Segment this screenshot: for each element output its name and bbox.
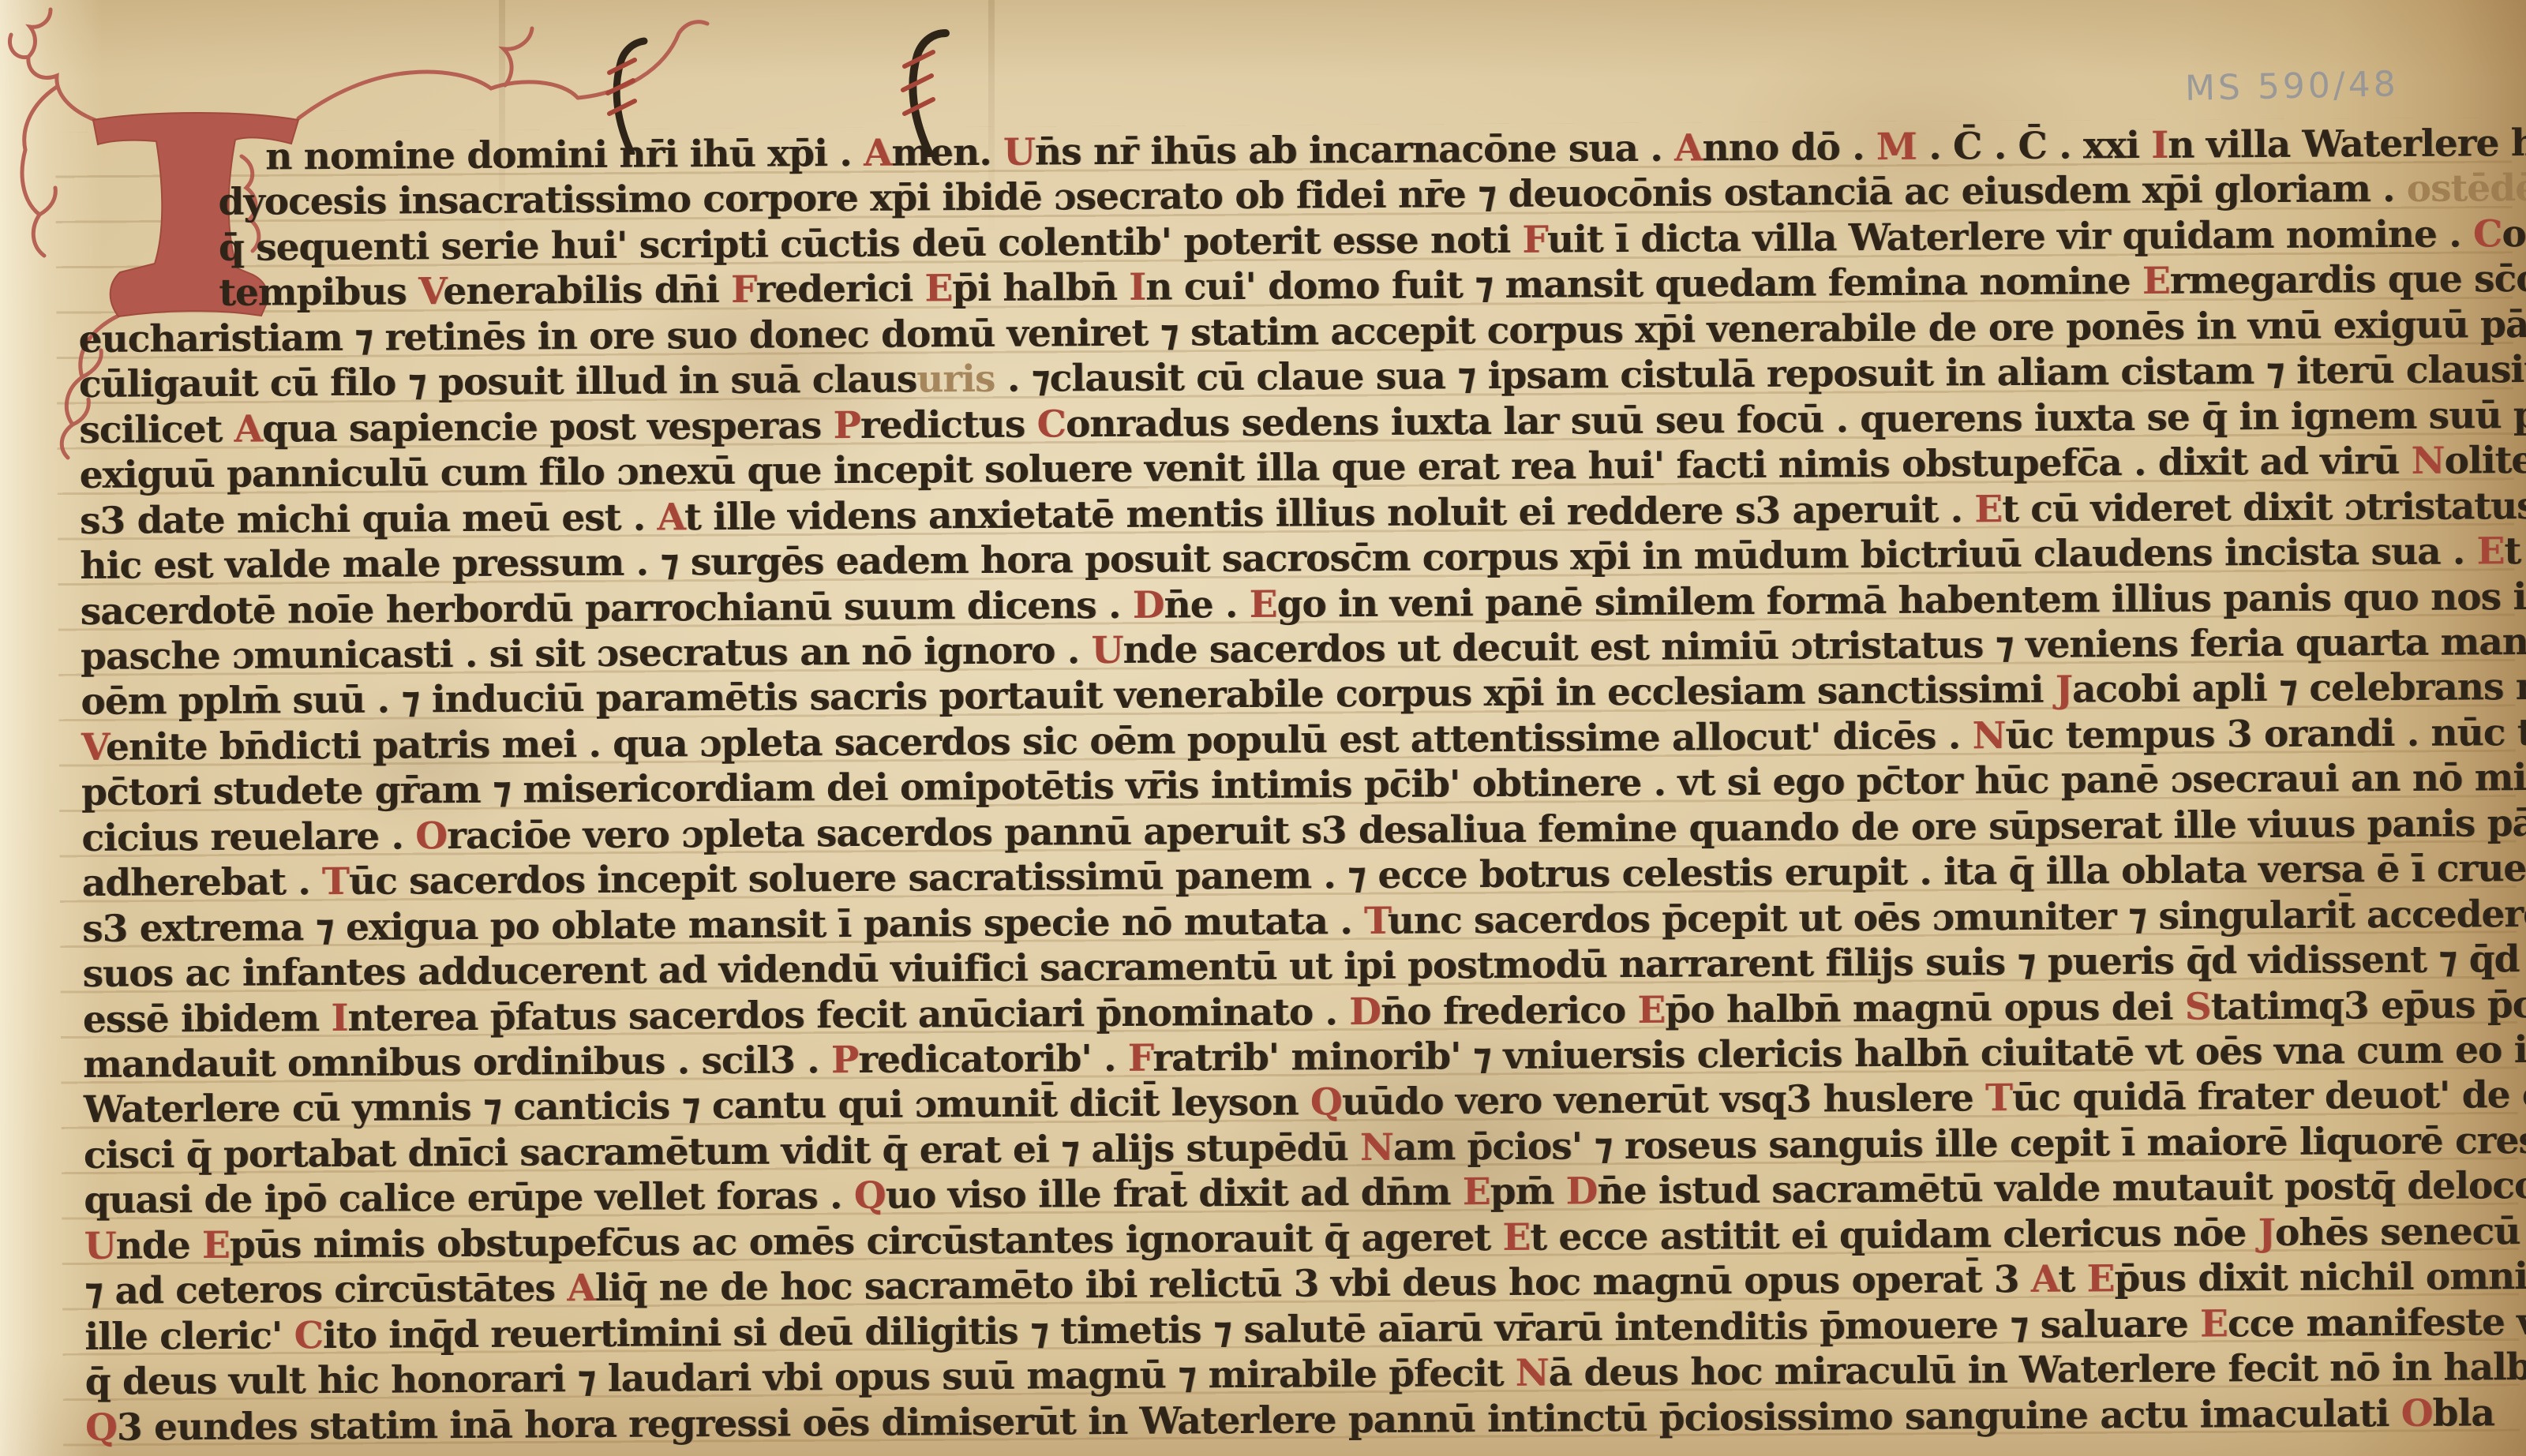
text-segment: qua sapiencie post vesperas xyxy=(262,404,834,451)
rubricated-capital: A xyxy=(1674,126,1703,170)
text-segment: ūc quidā frater deuot' de ordine sc̄i fr… xyxy=(2012,1072,2526,1120)
rubricated-capital: U xyxy=(84,1225,115,1268)
parchment-page: MS 590/48 n nomine domini nr̄i i xyxy=(0,0,2526,1456)
text-segment: ⁊ ad ceteros circūstātes xyxy=(84,1267,568,1313)
rubricated-capital: A xyxy=(567,1267,595,1310)
rubricated-capital: C xyxy=(2473,212,2502,256)
rubricated-capital: E xyxy=(202,1224,230,1267)
text-segment: ille cleric' xyxy=(84,1314,294,1359)
text-segment: onradus sedens iuxta lar suū seu focū . … xyxy=(1066,393,2526,446)
rubricated-capital: E xyxy=(924,268,952,311)
rubricated-capital: E xyxy=(1463,1170,1490,1214)
text-segment: p̄i halbn̄ xyxy=(952,266,1129,310)
text-segment: pūs nimis obstupefc̄us ac omēs circūstan… xyxy=(230,1216,1503,1267)
text-segment: quasi de ipō calice erūpe vellet foras . xyxy=(84,1174,854,1222)
text-segment: s3 date michi quia meū est . xyxy=(80,496,658,542)
text-segment: adherebat . xyxy=(82,860,323,905)
text-segment: cūligauit cū filo ⁊ posuit illud in suā … xyxy=(79,358,917,406)
text-segment: t cū videret dixit ɔtristatus xyxy=(2002,484,2526,530)
rubricated-capital: I xyxy=(2151,124,2168,167)
rubricated-capital: U xyxy=(1003,131,1035,174)
text-segment: go in veni panē similem formā habentem i… xyxy=(1276,575,2526,627)
rubricated-capital: A xyxy=(657,496,684,539)
rubricated-capital: T xyxy=(1364,900,1388,943)
text-segment: acobi apli ⁊ celebrans missam scilicet xyxy=(2072,664,2526,712)
text-segment: nno dō . xyxy=(1702,125,1876,170)
rubricated-capital: E xyxy=(2476,530,2504,573)
text-segment: s3 extrema ⁊ exigua po oblate mansit ī p… xyxy=(82,900,1364,951)
rubricated-capital: T xyxy=(1985,1076,2012,1120)
rubricated-capital: Q xyxy=(85,1405,117,1449)
text-segment: enerabilis dn̄i xyxy=(443,268,731,313)
text-segment: n̄e . xyxy=(1164,582,1250,627)
text-segment: Waterlere cū ymnis ⁊ canticis ⁊ cantu qu… xyxy=(83,1081,1310,1132)
rubricated-capital: T xyxy=(322,860,349,904)
rubricated-capital: E xyxy=(2200,1302,2228,1346)
text-segment: ūc tempus 3 orandi . nūc toto corde mich… xyxy=(2005,710,2526,758)
text-segment: cicius reuelare . xyxy=(81,814,415,860)
rubricated-capital: I xyxy=(331,996,347,1039)
rubricated-capital: D xyxy=(1133,583,1164,627)
rubricated-capital: Q xyxy=(854,1174,886,1218)
rubricated-capital: U xyxy=(1091,629,1122,672)
text-segment: n nomine domini nr̄i ihū xp̄i . xyxy=(265,132,864,179)
text-segment: t xyxy=(2058,1258,2086,1301)
text-segment: n̄o frederico xyxy=(1381,988,1638,1033)
rubricated-capital: C xyxy=(294,1314,323,1357)
text-segment: n̄s nr̄ ihūs ab incarnacōne sua . xyxy=(1035,127,1674,174)
rubricated-capital: S xyxy=(2184,985,2210,1028)
text-segment: men. xyxy=(891,131,1003,175)
rubricated-capital: P xyxy=(831,1039,859,1082)
rubricated-capital: N xyxy=(2411,440,2444,483)
text-segment: nde xyxy=(115,1224,202,1268)
rubricated-capital: V xyxy=(81,726,106,769)
rubricated-capital: E xyxy=(2086,1258,2114,1301)
text-segment: t ecce astitit ei quidam clericus nōe xyxy=(1530,1211,2258,1259)
rubricated-capital: P xyxy=(833,404,860,447)
text-segment: rederici xyxy=(755,268,924,312)
text-segment: redicatorib' . xyxy=(858,1037,1128,1082)
text-segment: q̄ sequenti serie hui' scripti cūctis de… xyxy=(219,219,1523,270)
text-segment: olite soluere xyxy=(2444,438,2526,483)
rubricated-capital: F xyxy=(731,268,756,312)
text-segment: p̄us dixit nichil omnino . xyxy=(2114,1255,2526,1301)
shelfmark: MS 590/48 xyxy=(2184,64,2399,109)
rubricated-capital: J xyxy=(2056,668,2073,712)
rubricated-capital: E xyxy=(1974,488,2002,531)
text-segment: onradus de arnestē xyxy=(2502,211,2526,256)
rubricated-capital: N xyxy=(1360,1126,1393,1170)
rubricated-capital: E xyxy=(1502,1216,1530,1259)
text-segment: n cui' domo fuit ⁊ mansit quedam femina … xyxy=(1145,260,2142,309)
rubricated-capital: O xyxy=(2400,1391,2432,1435)
rubricated-capital: F xyxy=(1128,1037,1153,1080)
rubricated-capital: A xyxy=(2031,1258,2059,1301)
text-segment: n̄e istud sacramētū valde mutauit postq̄… xyxy=(1597,1163,2526,1213)
text-segment: uris xyxy=(916,357,995,402)
rubricated-capital: C xyxy=(1036,402,1066,446)
rubricated-capital: F xyxy=(1522,219,1547,262)
text-segment: . ⁊clausit cū claue sua ⁊ ipsam cistulā … xyxy=(995,348,2526,401)
text-segment: n villa Waterlere halbn̄ xyxy=(2168,121,2526,167)
rubricated-capital: D xyxy=(1349,990,1381,1033)
text-segment: sacerdotē noīe herbordū parrochianū suum… xyxy=(81,583,1133,633)
rubricated-capital: D xyxy=(1565,1170,1597,1214)
text-segment: ā deus hoc miraculū in Waterlere fecit n… xyxy=(1548,1346,2526,1395)
text-segment: cce manifeste videtis xyxy=(2228,1300,2526,1346)
text-segment: ostēdē xyxy=(2407,167,2526,211)
text-segment: t ille videns anxietatē mentis illius no… xyxy=(684,488,1975,539)
rubricated-capital: V xyxy=(418,271,443,314)
text-segment: unc sacerdos p̄cepit ut oēs ɔmuniter ⁊ s… xyxy=(1387,892,2526,943)
text-segment: ohēs senecū q̄ dixit ad xyxy=(2275,1209,2526,1255)
text-segment: t mox iuit ad xyxy=(2504,529,2526,573)
rubricated-capital: M xyxy=(1876,125,1917,169)
text-segment: am p̄cios' ⁊ roseus sanguis ille cepit ī… xyxy=(1393,1118,2526,1170)
text-segment: nde sacerdos ut decuit est nimiū ɔtrista… xyxy=(1122,619,2526,672)
rubricated-capital: J xyxy=(2258,1211,2275,1255)
text-segment: uūdo vero venerūt vsq3 huslere xyxy=(1342,1077,1986,1125)
text-segment: scilicet xyxy=(79,407,234,451)
rubricated-capital: E xyxy=(1250,582,1277,626)
rubricated-capital: E xyxy=(2142,260,2170,303)
text-segment: pm̄ xyxy=(1490,1170,1565,1215)
text-segment: uo viso ille frat̄ dixit ad dn̄m xyxy=(886,1171,1463,1218)
text-segment: q̄ deus vult hic honorari ⁊ laudari vbi … xyxy=(84,1352,1515,1404)
rubricated-capital: E xyxy=(1637,988,1665,1031)
text-segment: essē ibidem xyxy=(83,997,332,1042)
text-segment: . C̄ . C̄ . xxi xyxy=(1917,124,2152,169)
rubricated-capital: N xyxy=(1516,1352,1549,1395)
rubricated-capital: I xyxy=(1129,266,1145,309)
text-segment: uit ī dicta villa Waterlere vir quidam n… xyxy=(1547,212,2473,261)
text-segment: nterea p̄fatus sacerdos fecit anūciari p… xyxy=(347,990,1349,1040)
rubricated-capital: O xyxy=(415,814,447,858)
rubricated-capital: Q xyxy=(1310,1081,1342,1125)
text-segment: bla xyxy=(2432,1391,2494,1435)
text-block: n nomine domini nr̄i ihū xp̄i . Amen. Un… xyxy=(77,121,2526,1456)
text-segment: liq̄ ne de hoc sacramēto ibi relictū 3 v… xyxy=(595,1258,2031,1310)
rubricated-capital: A xyxy=(864,132,892,175)
text-segment: rmegardis que sc̄o die pasche sūpserat xyxy=(2170,256,2526,303)
text-segment: tempibus xyxy=(219,271,418,316)
text-segment: mandauit omnibus ordinibus . scil3 . xyxy=(83,1039,831,1087)
text-segment: redictus xyxy=(860,402,1037,447)
rubricated-capital: N xyxy=(1972,714,2005,758)
rubricated-capital: A xyxy=(234,407,262,451)
text-segment: ratrib' minorib' ⁊ vniuersis clericis ha… xyxy=(1152,1027,2526,1080)
text-segment: p̄o halbn̄ magnū opus dei xyxy=(1665,985,2185,1031)
text-segment: cisci q̄ portabat dnīci sacramētum vidit… xyxy=(84,1126,1360,1177)
text-segment: pasche ɔmunicasti . si sit ɔsecratus an … xyxy=(81,629,1092,679)
text-segment: tatimq3 ep̄us p̄cepit ⁊ de xyxy=(2210,983,2526,1028)
